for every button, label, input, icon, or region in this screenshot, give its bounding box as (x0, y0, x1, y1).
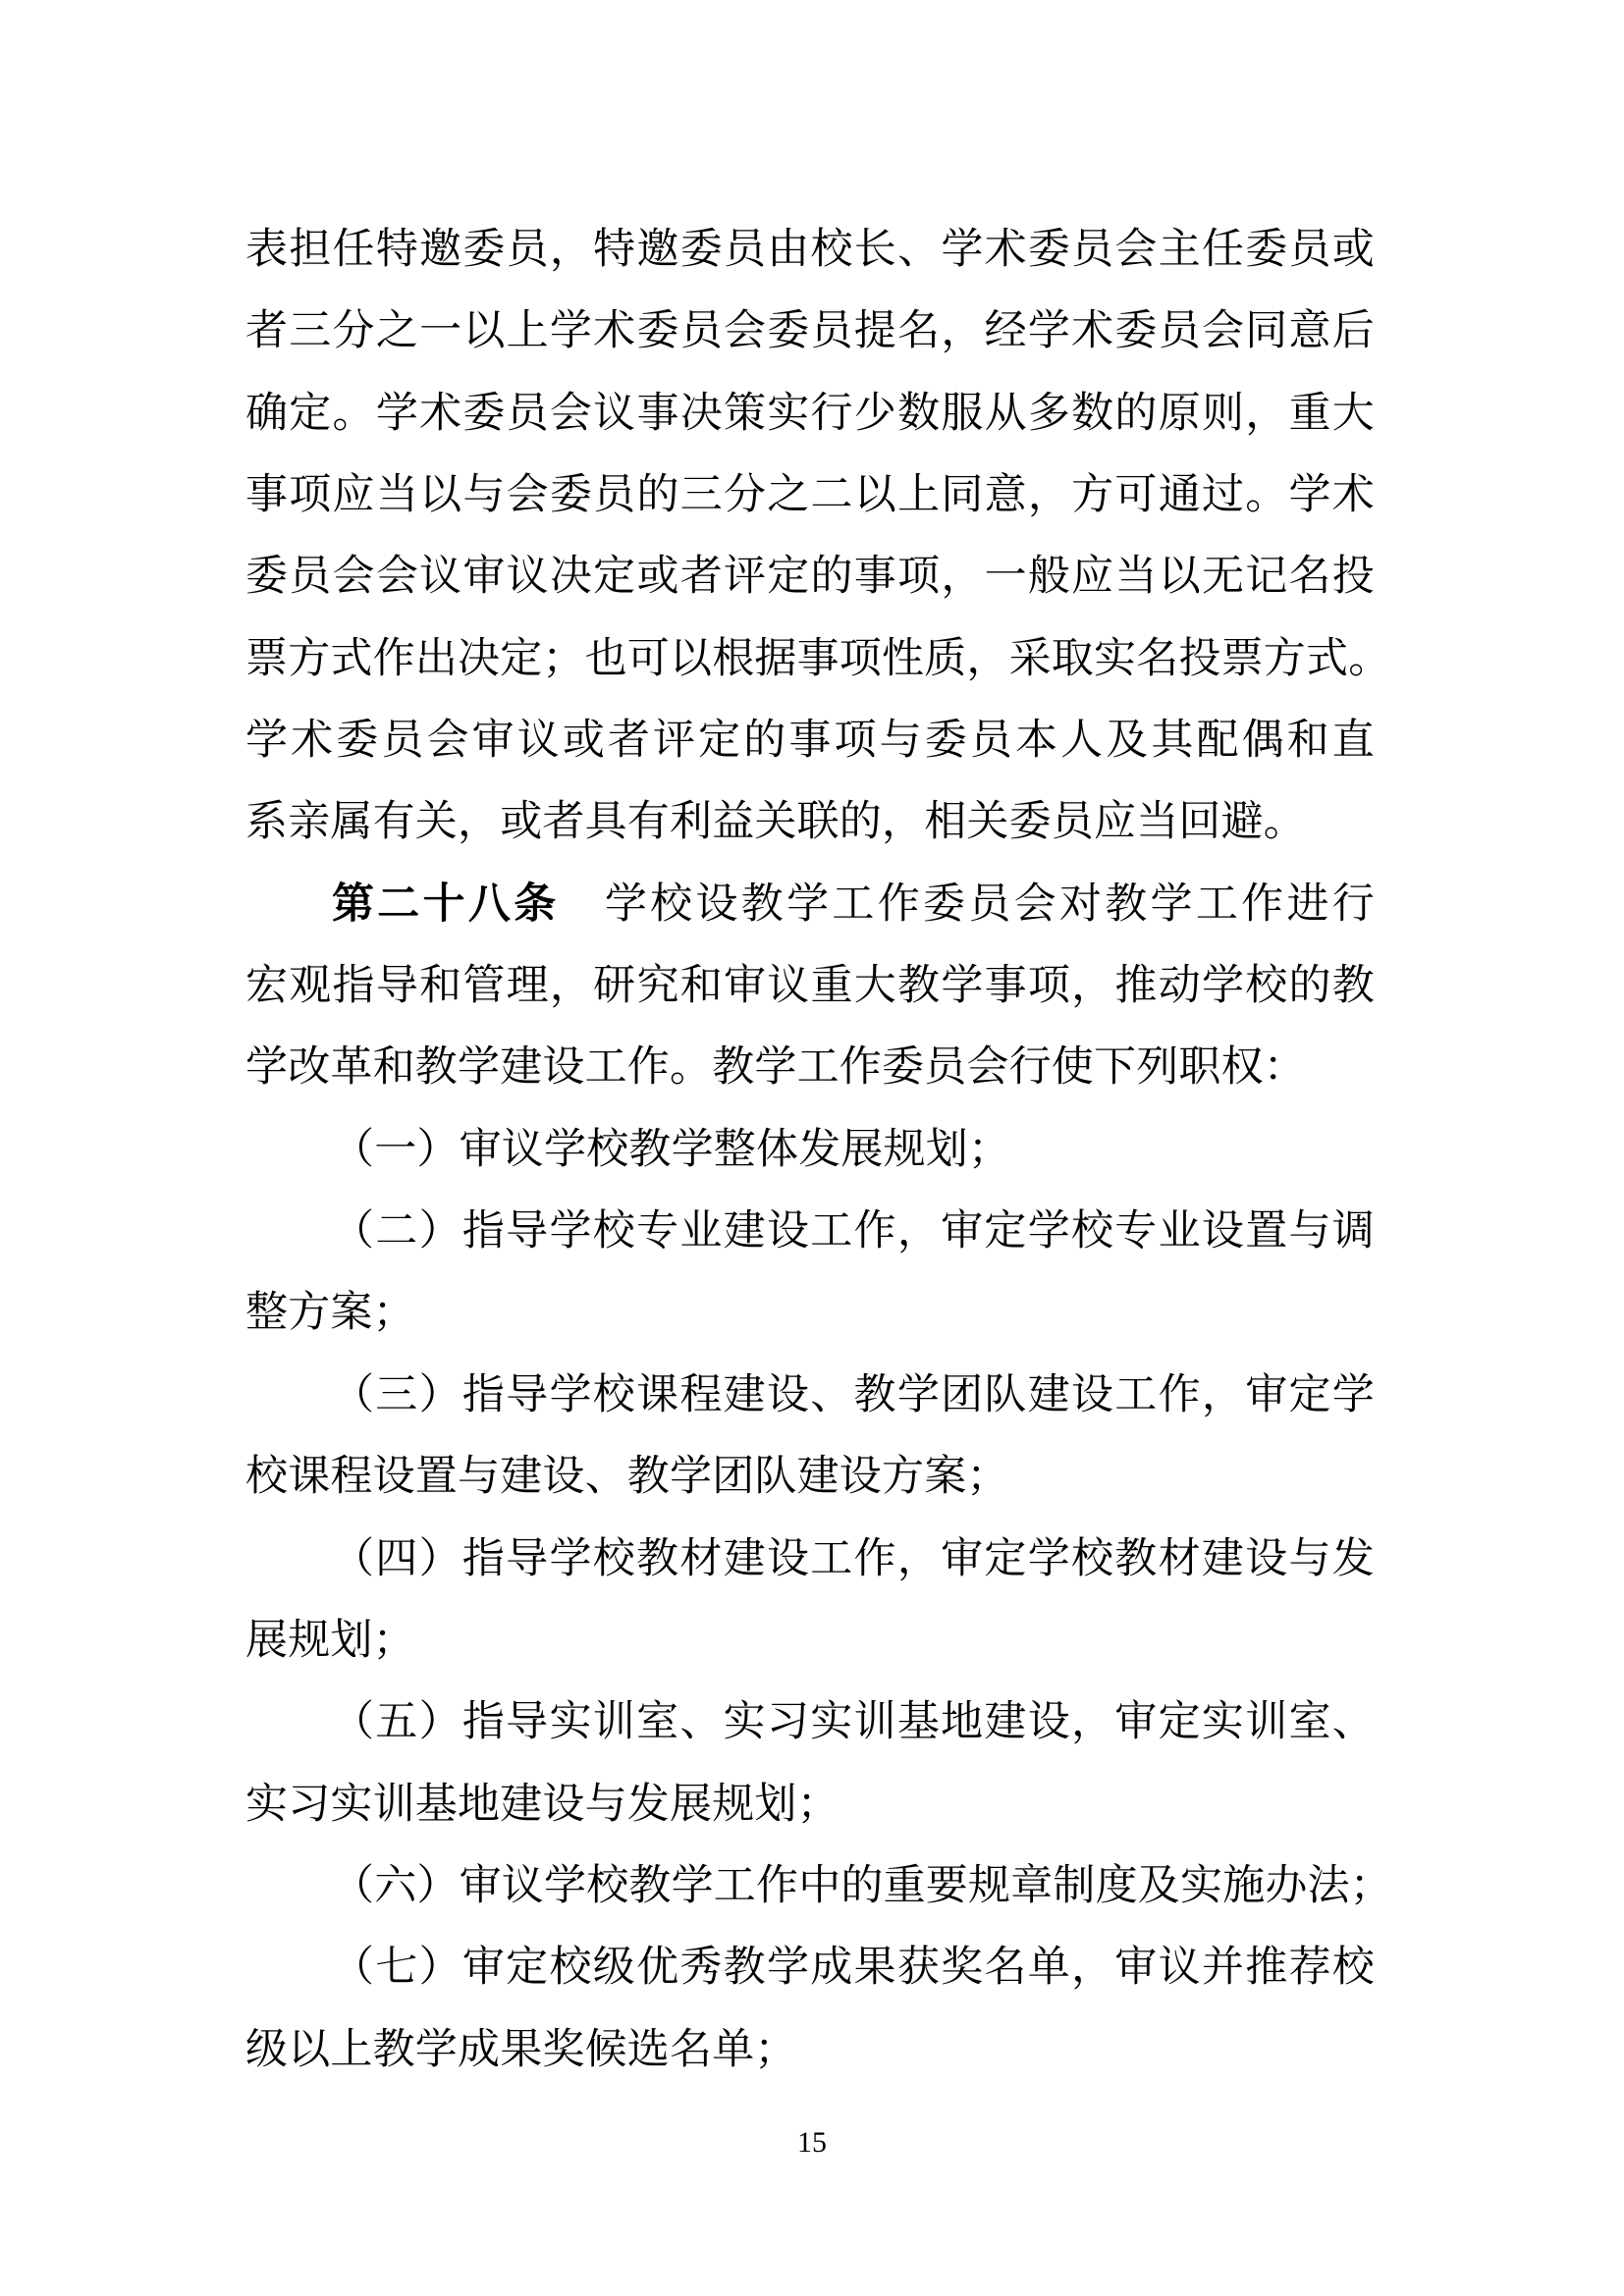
text-line: 学改革和教学建设工作。教学工作委员会行使下列职权： (245, 1027, 1375, 1108)
page-background: 表担任特邀委员，特邀委员由校长、学术委员会主任委员或 者三分之一以上学术委员会委… (0, 0, 1624, 2296)
text-line: 学术委员会审议或者评定的事项与委员本人及其配偶和直 (245, 700, 1375, 781)
text-line: 整方案； (245, 1272, 1375, 1354)
text-line: 级以上教学成果奖候选名单； (245, 2009, 1375, 2091)
article-text: 学校设教学工作委员会对教学工作进行 (560, 881, 1375, 928)
text-line: 展规划； (245, 1600, 1375, 1682)
document-page: { "page": { "number": "15" }, "content":… (0, 0, 1624, 2296)
text-line: 确定。学术委员会议事决策实行少数服从多数的原则，重大 (245, 373, 1375, 454)
text-line: 系亲属有关，或者具有利益关联的，相关委员应当回避。 (245, 781, 1375, 863)
body-text: 表担任特邀委员，特邀委员由校长、学术委员会主任委员或 者三分之一以上学术委员会委… (245, 209, 1375, 2091)
text-line: 委员会会议审议决定或者评定的事项，一般应当以无记名投 (245, 536, 1375, 617)
text-line-item-4: （四）指导学校教材建设工作，审定学校教材建设与发 (245, 1519, 1375, 1600)
article-number: 第二十八条 (332, 881, 560, 928)
text-line: 表担任特邀委员，特邀委员由校长、学术委员会主任委员或 (245, 209, 1375, 291)
text-line-item-2: （二）指导学校专业建设工作，审定学校专业设置与调 (245, 1191, 1375, 1272)
text-line-item-6: （六）审议学校教学工作中的重要规章制度及实施办法； (245, 1845, 1375, 1927)
text-line: 者三分之一以上学术委员会委员提名，经学术委员会同意后 (245, 291, 1375, 372)
text-line-article-28: 第二十八条 学校设教学工作委员会对教学工作进行 (245, 864, 1375, 945)
text-line: 事项应当以与会委员的三分之二以上同意，方可通过。学术 (245, 454, 1375, 536)
text-line: 宏观指导和管理，研究和审议重大教学事项，推动学校的教 (245, 945, 1375, 1027)
text-line-item-7: （七）审定校级优秀教学成果获奖名单，审议并推荐校 (245, 1927, 1375, 2008)
text-line: 实习实训基地建设与发展规划； (245, 1764, 1375, 1845)
text-line-item-5: （五）指导实训室、实习实训基地建设，审定实训室、 (245, 1682, 1375, 1763)
page-number: 15 (0, 2126, 1624, 2160)
text-line: 票方式作出决定；也可以根据事项性质，采取实名投票方式。 (245, 618, 1375, 700)
text-line-item-1: （一）审议学校教学整体发展规划； (245, 1109, 1375, 1191)
text-line-item-3: （三）指导学校课程建设、教学团队建设工作，审定学 (245, 1355, 1375, 1436)
text-line: 校课程设置与建设、教学团队建设方案； (245, 1436, 1375, 1518)
